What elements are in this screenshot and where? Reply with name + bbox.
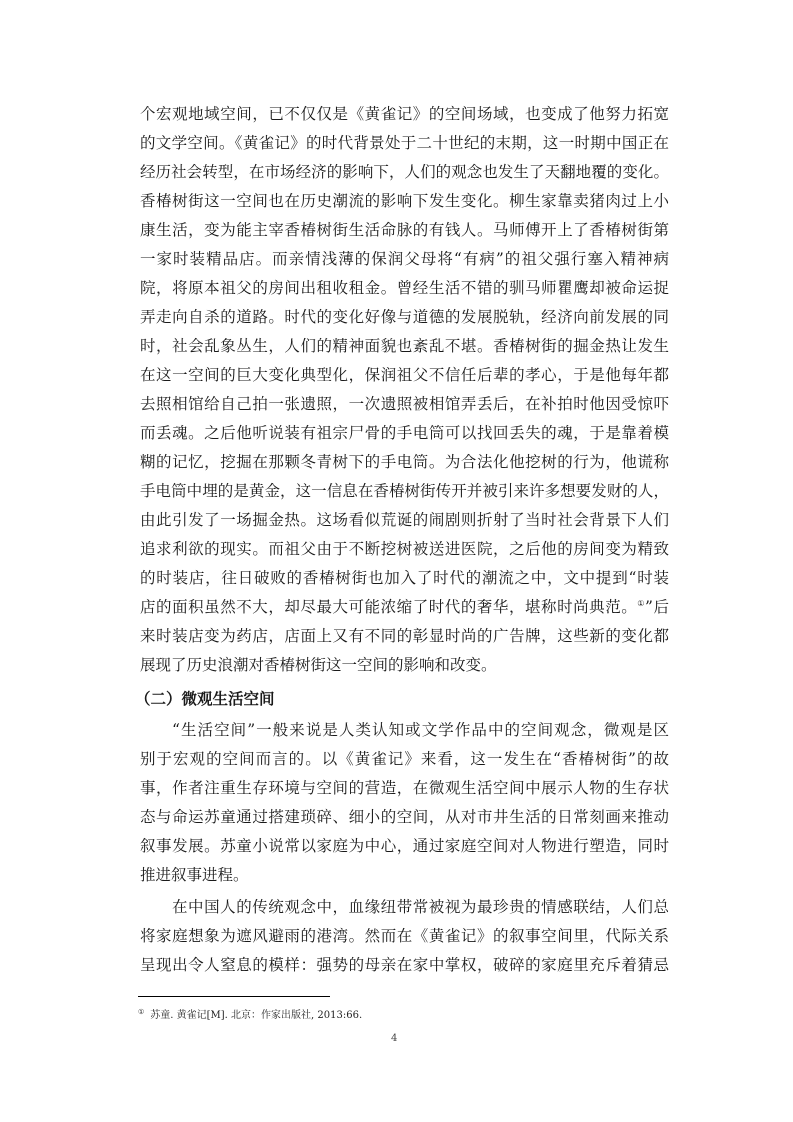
text-line: 一家时装精品店。而亲情浅薄的保润父母将“有病”的祖父强行塞入精神病	[140, 245, 669, 274]
text-segment: ”后	[645, 598, 669, 616]
document-page: 个宏观地域空间，已不仅仅是《黄雀记》的空间场域，也变成了他努力拓宽 的文学空间。…	[0, 0, 793, 1122]
text-line: 呈现出令人窒息的模样：强势的母亲在家中掌权，破碎的家庭里充斥着猜忌	[140, 951, 669, 980]
text-line: 去照相馆给自己拍一张遗照，一次遗照被相馆弄丢后，在补拍时他因受惊吓	[140, 390, 669, 419]
text-line: 而丢魂。之后他听说装有祖宗尸骨的手电筒可以找回丢失的魂，于是靠着模	[140, 419, 669, 448]
paragraph-living-space: “生活空间”一般来说是人类认知或文学作品中的空间观念，微观是区 别于宏观的空间而…	[140, 716, 669, 890]
text-line: 在这一空间的巨大变化典型化，保润祖父不信任后辈的孝心，于是他每年都	[140, 361, 669, 390]
paragraph-macro-space-continued: 个宏观地域空间，已不仅仅是《黄雀记》的空间场域，也变成了他努力拓宽 的文学空间。…	[140, 100, 669, 680]
text-line: 态与命运苏童通过搭建琐碎、细小的空间，从对市井生活的日常刻画来推动	[140, 803, 669, 832]
text-line: 展现了历史浪潮对香椿树街这一空间的影响和改变。	[140, 651, 669, 680]
text-line: “生活空间”一般来说是人类认知或文学作品中的空间观念，微观是区	[140, 716, 669, 745]
body-text: 个宏观地域空间，已不仅仅是《黄雀记》的空间场域，也变成了他努力拓宽 的文学空间。…	[140, 100, 669, 980]
text-line: 的时装店，往日破败的香椿树街也加入了时代的潮流之中，文中提到“时装	[140, 564, 669, 593]
text-line: 事，作者注重生存环境与空间的营造，在微观生活空间中展示人物的生存状	[140, 774, 669, 803]
text-line: 将家庭想象为遮风避雨的港湾。然而在《黄雀记》的叙事空间里，代际关系	[140, 922, 669, 951]
text-line: 推进叙事进程。	[140, 861, 669, 890]
text-line: 手电筒中埋的是黄金，这一信息在香椿树街传开并被引来许多想要发财的人，	[140, 477, 669, 506]
text-line: 院，将原本祖父的房间出租收租金。曾经生活不错的驯马师瞿鹰却被命运捉	[140, 274, 669, 303]
text-line: 香椿树街这一空间也在历史潮流的影响下发生变化。柳生家靠卖猪肉过上小	[140, 187, 669, 216]
paragraph-family: 在中国人的传统观念中，血缘纽带常被视为最珍贵的情感联结，人们总 将家庭想象为遮风…	[140, 893, 669, 980]
text-line: 经历社会转型，在市场经济的影响下，人们的观念也发生了天翻地覆的变化。	[140, 158, 669, 187]
text-line: 糊的记忆，挖掘在那颗冬青树下的手电筒。为合法化他挖树的行为，他谎称	[140, 448, 669, 477]
text-segment: 店的面积虽然不大，却尽最大可能浓缩了时代的奢华，堪称时尚典范。	[140, 598, 637, 616]
text-line: 由此引发了一场掘金热。这场看似荒诞的闹剧则折射了当时社会背景下人们	[140, 506, 669, 535]
text-line: 叙事发展。苏童小说常以家庭为中心，通过家庭空间对人物进行塑造，同时	[140, 832, 669, 861]
section-heading: （二）微观生活空间	[135, 682, 669, 716]
text-line: 时，社会乱象丛生，人们的精神面貌也紊乱不堪。香椿树街的掘金热让发生	[140, 332, 669, 361]
text-line: 康生活，变为能主宰香椿树街生活命脉的有钱人。马师傅开上了香椿树街第	[140, 216, 669, 245]
text-line: 弄走向自杀的道路。时代的变化好像与道德的发展脱轨，经济向前发展的同	[140, 303, 669, 332]
footnote-reference-link[interactable]: ①	[637, 599, 645, 608]
text-line: 的文学空间。《黄雀记》的时代背景处于二十世纪的末期，这一时期中国正在	[140, 129, 669, 158]
footnote-text: 苏童. 黄雀记[M]. 北京：作家出版社, 2013:66.	[150, 1010, 362, 1021]
text-line: 追求利欲的现实。而祖父由于不断挖树被送进医院，之后他的房间变为精致	[140, 535, 669, 564]
text-line: 别于宏观的空间而言的。以《黄雀记》来看，这一发生在“香椿树街”的故	[140, 745, 669, 774]
footnote: ①苏童. 黄雀记[M]. 北京：作家出版社, 2013:66.	[138, 1004, 362, 1024]
text-line: 来时装店变为药店，店面上又有不同的彰显时尚的广告牌，这些新的变化都	[140, 622, 669, 651]
page-number: 4	[391, 1033, 397, 1044]
text-line: 个宏观地域空间，已不仅仅是《黄雀记》的空间场域，也变成了他努力拓宽	[140, 100, 669, 129]
text-line: 在中国人的传统观念中，血缘纽带常被视为最珍贵的情感联结，人们总	[140, 893, 669, 922]
footnote-mark: ①	[138, 1008, 144, 1016]
text-line-with-footnote-ref: 店的面积虽然不大，却尽最大可能浓缩了时代的奢华，堪称时尚典范。①”后	[140, 593, 669, 622]
footnote-separator	[138, 996, 330, 997]
